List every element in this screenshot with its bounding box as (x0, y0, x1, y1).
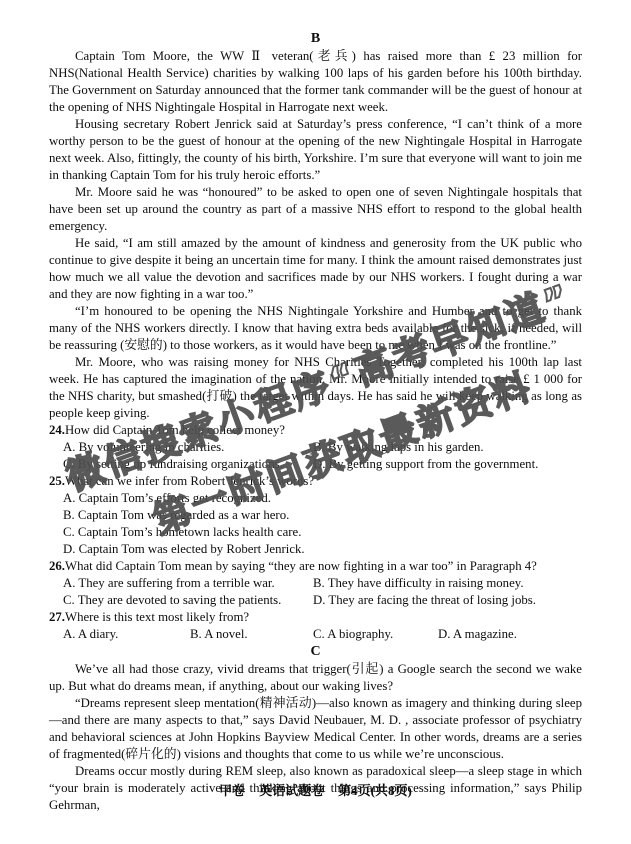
question-26-stem-text: What did Captain Tom mean by saying “the… (65, 559, 537, 573)
question-24-option-c: C. By setting up fundraising organizatio… (63, 456, 313, 473)
question-26-option-b: B. They have difficulty in raising money… (313, 575, 582, 592)
passage-c-heading: C (49, 643, 582, 661)
question-24-option-b: B. By walking laps in his garden. (313, 439, 582, 456)
question-26-options-row-1: A. They are suffering from a terrible wa… (49, 575, 582, 592)
question-27-stem-text: Where is this text most likely from? (65, 610, 249, 624)
question-27-option-b: B. A novel. (190, 626, 313, 643)
question-27-stem: 27.Where is this text most likely from? (49, 609, 582, 626)
question-25-stem-text: What can we infer from Robert Jenrick’s … (65, 474, 314, 488)
question-26-option-c: C. They are devoted to saving the patien… (63, 592, 313, 609)
question-24-options-row-1: A. By volunteering in charities. B. By w… (49, 439, 582, 456)
question-27: 27.Where is this text most likely from? … (49, 609, 582, 643)
page-content: B Captain Tom Moore, the WW Ⅱ veteran(老兵… (49, 30, 582, 814)
question-27-options-row: A. A diary. B. A novel. C. A biography. … (49, 626, 582, 643)
question-26-options-row-2: C. They are devoted to saving the patien… (49, 592, 582, 609)
question-26-option-a: A. They are suffering from a terrible wa… (63, 575, 313, 592)
question-24-stem-text: How did Captain Tom help collect money? (65, 423, 285, 437)
passage-b-paragraph-2: Housing secretary Robert Jenrick said at… (49, 116, 582, 184)
question-27-option-d: D. A magazine. (438, 626, 582, 643)
question-24-option-d: D. By getting support from the governmen… (313, 456, 582, 473)
exam-paper-page: B Captain Tom Moore, the WW Ⅱ veteran(老兵… (0, 0, 631, 844)
question-25-option-c: C. Captain Tom’s hometown lacks health c… (49, 524, 582, 541)
passage-b-paragraph-5: “I’m honoured to be opening the NHS Nigh… (49, 303, 582, 354)
question-27-option-c: C. A biography. (313, 626, 438, 643)
question-25: 25.What can we infer from Robert Jenrick… (49, 473, 582, 558)
footer-page-number: 第4页(共8页) (338, 783, 412, 798)
question-26-option-d: D. They are facing the threat of losing … (313, 592, 582, 609)
question-24-option-a: A. By volunteering in charities. (63, 439, 313, 456)
footer-subject: 英语试题卷 (259, 783, 324, 798)
passage-b-paragraph-3: Mr. Moore said he was “honoured” to be a… (49, 184, 582, 235)
question-25-option-b: B. Captain Tom was regarded as a war her… (49, 507, 582, 524)
question-25-option-d: D. Captain Tom was elected by Robert Jen… (49, 541, 582, 558)
question-24-stem: 24.How did Captain Tom help collect mone… (49, 422, 582, 439)
question-27-option-a: A. A diary. (63, 626, 190, 643)
question-27-number: 27. (49, 610, 65, 624)
question-26-number: 26. (49, 559, 65, 573)
passage-b-paragraph-1: Captain Tom Moore, the WW Ⅱ veteran(老兵) … (49, 48, 582, 116)
passage-b-heading: B (49, 30, 582, 48)
question-25-number: 25. (49, 474, 65, 488)
question-26-stem: 26.What did Captain Tom mean by saying “… (49, 558, 582, 575)
question-25-option-a: A. Captain Tom’s efforts get recognized. (49, 490, 582, 507)
passage-b-paragraph-6: Mr. Moore, who was raising money for NHS… (49, 354, 582, 422)
passage-b-paragraph-4: He said, “I am still amazed by the amoun… (49, 235, 582, 303)
question-25-stem: 25.What can we infer from Robert Jenrick… (49, 473, 582, 490)
page-footer: 甲卷英语试题卷第4页(共8页) (0, 783, 631, 799)
footer-paper-name: 甲卷 (219, 783, 245, 798)
passage-c-paragraph-2: “Dreams represent sleep mentation(精神活动)—… (49, 695, 582, 763)
question-24-options-row-2: C. By setting up fundraising organizatio… (49, 456, 582, 473)
question-24: 24.How did Captain Tom help collect mone… (49, 422, 582, 473)
question-24-number: 24. (49, 423, 65, 437)
question-26: 26.What did Captain Tom mean by saying “… (49, 558, 582, 609)
passage-c-paragraph-1: We’ve all had those crazy, vivid dreams … (49, 661, 582, 695)
